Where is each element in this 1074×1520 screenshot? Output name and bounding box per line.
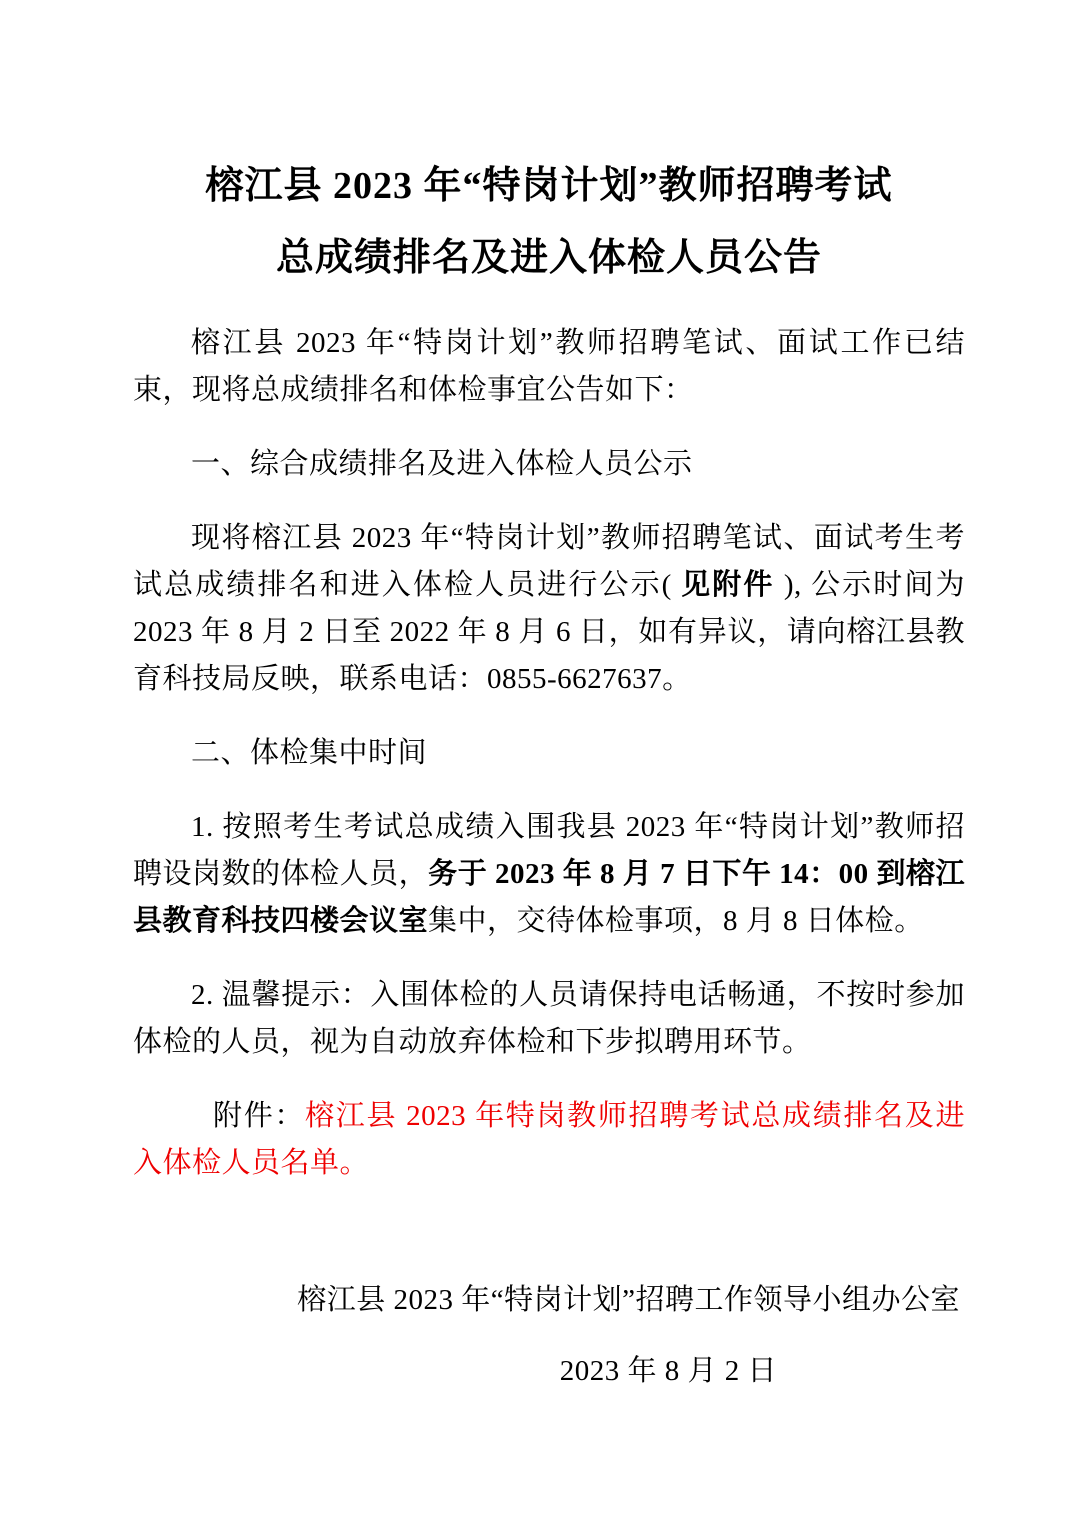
- section-1-heading-text: 一、综合成绩排名及进入体检人员公示: [191, 448, 693, 480]
- document-content: 榕江县 2023 年“特岗计划”教师招聘考试 总成绩排名及进入体检人员公告 榕江…: [0, 0, 1074, 1395]
- title-line-1: 榕江县 2023 年“特岗计划”教师招聘考试: [133, 150, 965, 222]
- attachment-paragraph: 附件：榕江县 2023 年特岗教师招聘考试总成绩排名及进入体检人员名单。: [133, 1093, 965, 1187]
- attachment-label: 附件：: [213, 1100, 305, 1132]
- intro-text: 榕江县 2023 年“特岗计划”教师招聘笔试、面试工作已结束，现将总成绩排名和体…: [133, 327, 965, 406]
- section-2-heading: 二、体检集中时间: [133, 730, 965, 777]
- reminder-paragraph: 2. 温馨提示：入围体检的人员请保持电话畅通，不按时参加体检的人员，视为自动放弃…: [133, 972, 965, 1066]
- reminder-text: 2. 温馨提示：入围体检的人员请保持电话畅通，不按时参加体检的人员，视为自动放弃…: [133, 979, 965, 1058]
- see-attachment-bold-text: 见附件: [681, 569, 774, 601]
- section-1-paragraph: 现将榕江县 2023 年“特岗计划”教师招聘笔试、面试考生考试总成绩排名和进入体…: [133, 515, 965, 703]
- title-line-2: 总成绩排名及进入体检人员公告: [133, 222, 965, 294]
- exam-time-text-end: 集中，交待体检事项，8 月 8 日体检。: [428, 905, 924, 937]
- section-1-heading: 一、综合成绩排名及进入体检人员公示: [133, 441, 965, 488]
- announcement-page: 榕江县 2023 年“特岗计划”教师招聘考试 总成绩排名及进入体检人员公告 榕江…: [0, 0, 1074, 1520]
- document-footer: 榕江县 2023 年“特岗计划”招聘工作领导小组办公室 2023 年 8 月 2…: [133, 1277, 965, 1395]
- issue-date: 2023 年 8 月 2 日: [133, 1348, 965, 1395]
- section-2-heading-text: 二、体检集中时间: [191, 737, 427, 769]
- intro-paragraph: 榕江县 2023 年“特岗计划”教师招聘笔试、面试工作已结束，现将总成绩排名和体…: [133, 320, 965, 414]
- physical-exam-time-paragraph: 1. 按照考生考试总成绩入围我县 2023 年“特岗计划”教师招聘设岗数的体检人…: [133, 804, 965, 945]
- document-body: 榕江县 2023 年“特岗计划”教师招聘笔试、面试工作已结束，现将总成绩排名和体…: [133, 320, 965, 1187]
- issuing-office-signature: 榕江县 2023 年“特岗计划”招聘工作领导小组办公室: [133, 1277, 965, 1324]
- document-title: 榕江县 2023 年“特岗计划”教师招聘考试 总成绩排名及进入体检人员公告: [133, 150, 965, 294]
